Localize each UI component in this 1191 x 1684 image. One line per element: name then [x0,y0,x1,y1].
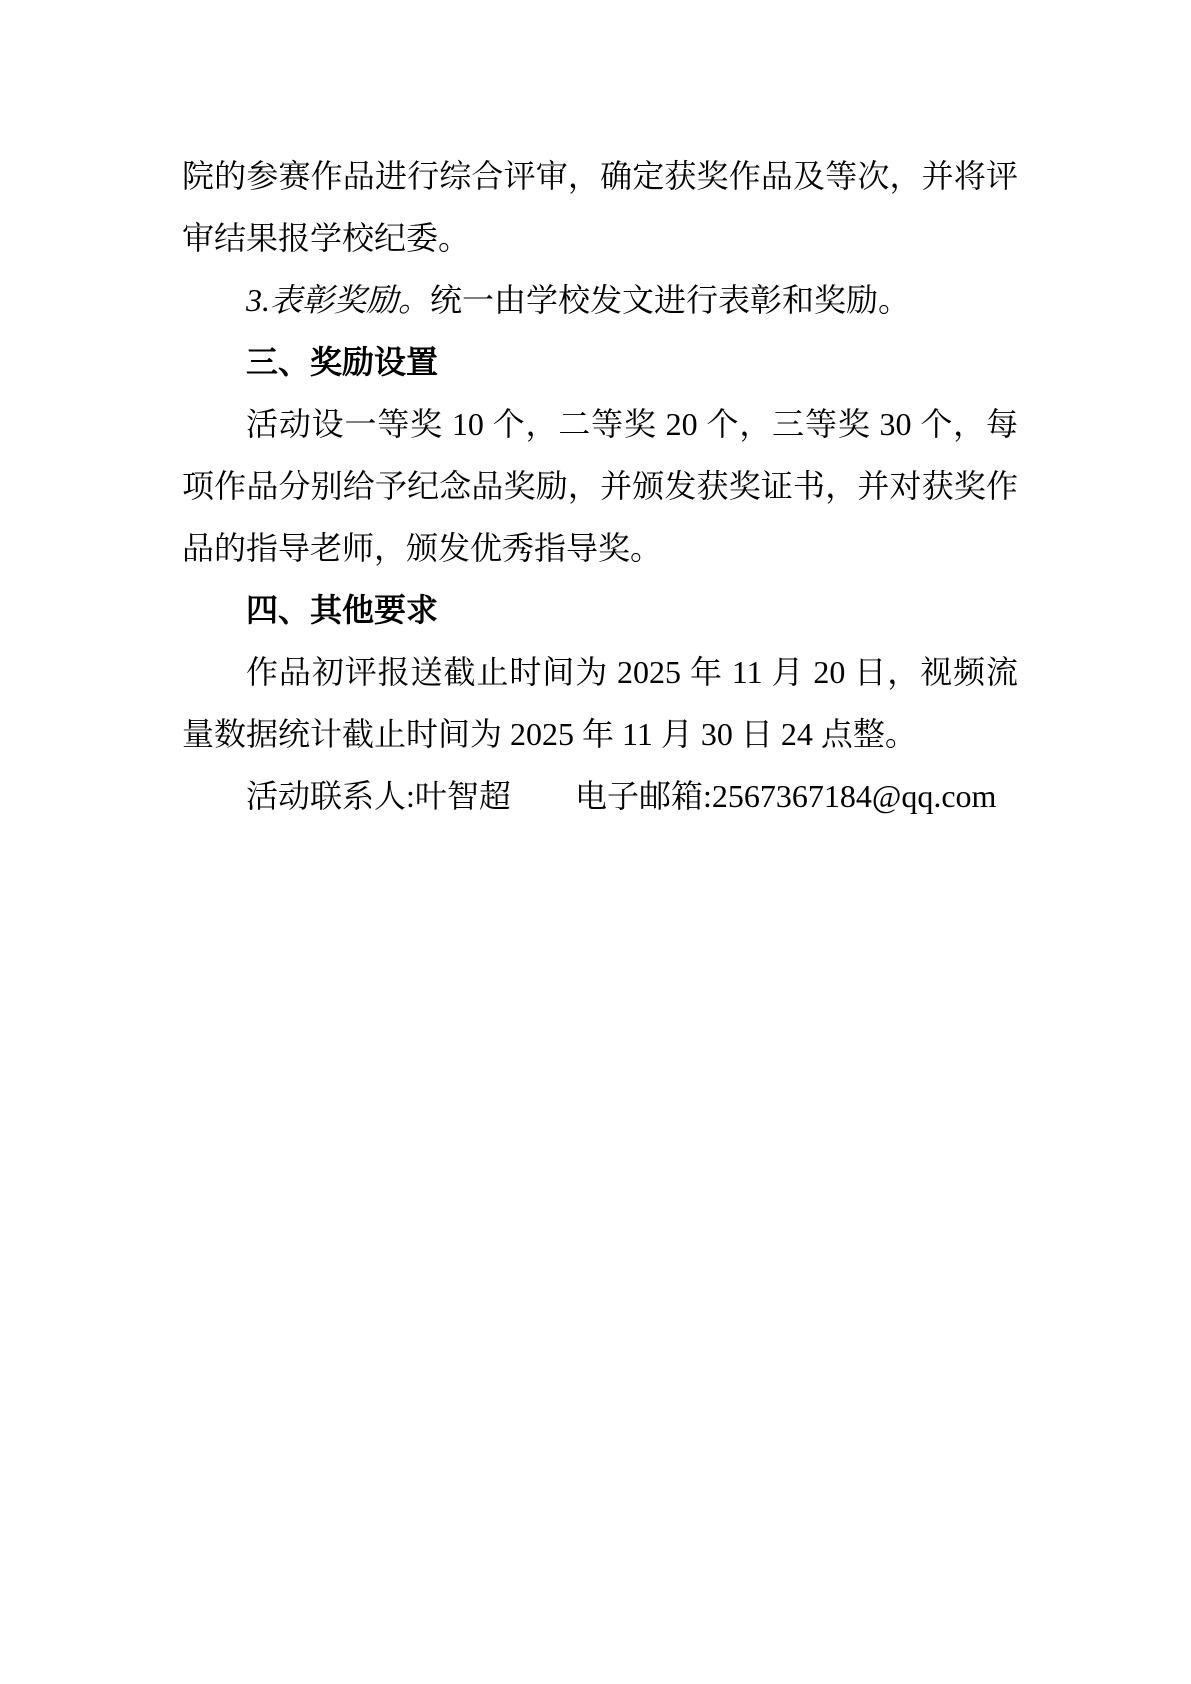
section4-heading: 四、其他要求 [182,579,1018,641]
section4-body: 作品初评报送截止时间为 2025 年 11 月 20 日，视频流量数据统计截止时… [182,641,1018,765]
paragraph-item3: 3.表彰奖励。统一由学校发文进行表彰和奖励。 [182,269,1018,331]
contact-email-value: 2567367184@qq.com [712,778,997,814]
paragraph-continued-review: 院的参赛作品进行综合评审，确定获奖作品及等次，并将评审结果报学校纪委。 [182,145,1018,269]
section3-heading: 三、奖励设置 [182,331,1018,393]
section3-body: 活动设一等奖 10 个，二等奖 20 个，三等奖 30 个，每项作品分别给予纪念… [182,393,1018,579]
document-page: 院的参赛作品进行综合评审，确定获奖作品及等次，并将评审结果报学校纪委。 3.表彰… [0,0,1191,1684]
contact-person-name: 叶智超 [415,778,511,814]
contact-separator [511,778,575,814]
contact-email-label: 电子邮箱: [575,778,712,814]
contact-person-label: 活动联系人: [246,778,415,814]
item3-lead-phrase: 3.表彰奖励。 [246,282,430,318]
document-body: 院的参赛作品进行综合评审，确定获奖作品及等次，并将评审结果报学校纪委。 3.表彰… [182,145,1018,827]
contact-line: 活动联系人:叶智超 电子邮箱:2567367184@qq.com [182,765,1018,827]
item3-rest-text: 统一由学校发文进行表彰和奖励。 [430,282,910,318]
